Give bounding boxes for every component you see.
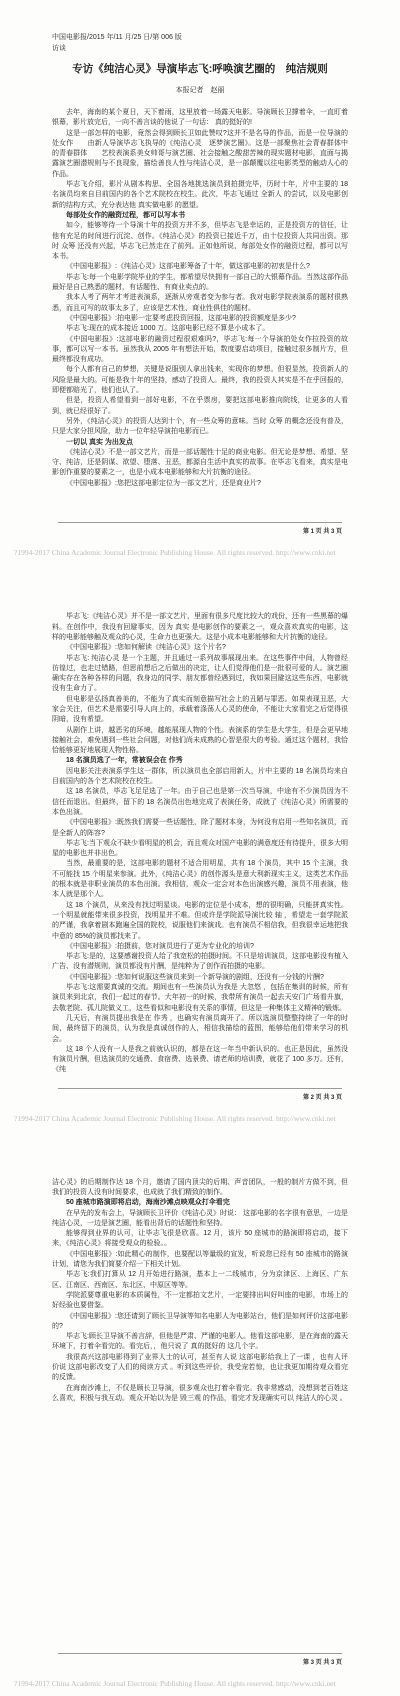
article-paragraph: 在早先的发布会上，导演顾长卫评价《纯洁心灵》时说： 这部电影的名字很有意思，一边… <box>52 1209 348 1230</box>
page-number-label: 第 1 页 共 3 页 <box>58 526 342 535</box>
article-paragraph: 《中国电影报》:您还请到了顾长卫导演等知名电影人为电影站台，他们是如何评价这部电… <box>52 1312 348 1333</box>
page-1-body: 去年，海南的某个夏日，天下着雨，这里放着一场露天电影。导演顾长卫撑着伞，一直盯着… <box>52 108 348 489</box>
article-paragraph: 《中国电影报》:《纯洁心灵》这部电影筹备了十年，做这部电影的初衷是什么? <box>52 262 348 272</box>
article-paragraph: 我很高兴这部电影得到了业界人士的认可，甚至有人说 这部电影给我上了一课 ，也有人… <box>52 1353 348 1384</box>
section-label: 访谈 <box>52 43 348 54</box>
article-paragraph: 去年，海南的某个夏日，天下着雨，这里放着一场露天电影。导演顾长卫撑着伞，一直盯着… <box>52 108 348 129</box>
article-paragraph: 《中国电影报》:拍电影一定要考虑投资回报，这部电影的投资额度是多少? <box>52 314 348 324</box>
page-3: 洁心灵》的后期制作达 18 个月，邀请了国内顶尖的后期、声音团队，一般的制片方做… <box>0 1131 400 1696</box>
article-paragraph: 毕志飞: 纯洁心灵 是一个主题，并且通过一系列故事展现出来。在这些事件中间，人物… <box>52 654 348 695</box>
page-3-footer: 第 3 页 共 3 页 ?1994-2017 China Academic Jo… <box>0 1653 400 1696</box>
page-number-label: 第 2 页 共 3 页 <box>58 1092 342 1101</box>
article-paragraph: 但是，投资人希望看到一部好电影，不在乎票房，要把这部电影推向院线，让更多的人看到… <box>52 396 348 417</box>
section-subheading: 一切以 真实 为出发点 <box>52 438 348 448</box>
article-paragraph: 《中国电影报》:既然我们需要一些话题性，除了题材本身，为何没有启用一些知名演员，… <box>52 818 348 839</box>
article-paragraph: 另外，《纯洁心灵》的投资人达到十个，有一些众筹的意味。当时 众筹 的概念还没有普… <box>52 417 348 438</box>
article-paragraph: 每个人都有自己的梦想，关键是说服别人拿出钱来，实现你的梦想。但很显然，投资新人的… <box>52 365 348 396</box>
article-paragraph: 能够得到业界的认可，让毕志飞很是欣喜。12 月，该片 50 座城市的路演即将启动… <box>52 1229 348 1250</box>
article-paragraph: 毕志飞:每一个电影学院毕业的学生，都希望尽快拥有一部自己的大银幕作品。当然这部作… <box>52 273 348 294</box>
article-paragraph: 毕志飞:这需要真诚的交流。期间也有一些演员认为我是 大忽悠 ，包括在集训的时候，… <box>52 983 348 1014</box>
article-paragraph: 《中国电影报》:如此精心的制作，也要配以等量级的宣发，听说您已经有 50 座城市… <box>52 1250 348 1271</box>
article-paragraph: 《中国电影报》:这部电影的融资过程很艰难吗?，毕志飞:每一个导演拍处女作拉投资的… <box>52 335 348 366</box>
section-subheading: 50 座城市路演即将启动，海南沙滩点映观众打伞看完 <box>52 1198 348 1208</box>
scanned-article-document: 中国电影报/2015 年/11 月/25 日/第 006 版 访谈 专访《纯洁心… <box>0 0 400 1696</box>
footer-divider <box>58 1653 342 1654</box>
article-paragraph: 这 18 名演员，毕志飞足足选了一年。由于自己也是第一次当导演，中途有不少演员因… <box>52 787 348 818</box>
article-paragraph: 毕志飞:顾长卫导演不善言辞，但他是严肃、严谨的电影人。他看这部电影，是在海南的露… <box>52 1332 348 1353</box>
article-paragraph: 这 18 个演员，从来没有找过明星谈。电影的定位是小成本，想的很明确，只能拼真实… <box>52 901 348 942</box>
article-paragraph: 《中国电影报》:您把这部电影定位为一部文艺片，还是商业片? <box>52 479 348 489</box>
article-paragraph: 因电影关注表演系学生这一群体，所以演员也全部启用新人，片中主要的 18 名演员均… <box>52 767 348 788</box>
cnki-watermark: ?1994-2017 China Academic Journal Electr… <box>14 548 392 557</box>
page-1-footer: 第 1 页 共 3 页 ?1994-2017 China Academic Jo… <box>0 522 400 565</box>
section-subheading: 18 名演员选了一年，常被误会在 作秀 <box>52 756 348 766</box>
article-paragraph: 从剧作上讲，越恶劣的环境，越能展现人物的个性。表演系的学生是大学生，但是会更早地… <box>52 726 348 757</box>
article-paragraph: 《中国电影报》:拍摄前，您对演员进行了更为专业化的培训? <box>52 942 348 952</box>
article-paragraph: 但电影是弘扬真善美的，不能为了真实而刻意描写社会上的丑陋与罪恶。如果表现丑恶，大… <box>52 695 348 726</box>
footer-divider <box>58 1088 342 1089</box>
article-paragraph: 当然，最重要的是，这部电影的题材不适合用明星，共有 18 个演员，其中 15 个… <box>52 859 348 900</box>
page-2-footer: 第 2 页 共 3 页 ?1994-2017 China Academic Jo… <box>0 1088 400 1131</box>
masthead: 中国电影报/2015 年/11 月/25 日/第 006 版 访谈 <box>52 0 348 54</box>
article-paragraph: 毕志飞:《纯洁心灵》并不是一部文艺片，里面有很多尺度比较大的戏份，还有一些黑幕的… <box>52 612 348 643</box>
section-subheading: 每部处女作的融资过程，都可以写本书 <box>52 211 348 221</box>
article-paragraph: 如今，能够等待一个导演十年的投资方并不多，但毕志飞是幸运的，正是投资方的信任，让… <box>52 221 348 262</box>
article-paragraph: 毕志飞:是的，这要感谢投资人给了我宽松的拍摄时间。不只是培训演员，这部电影没有植… <box>52 952 348 973</box>
article-paragraph: 学院派要尊重电影的本质属性，不一定都拍文艺片，一定要排出叫好叫座的电影，市场上的… <box>52 1291 348 1312</box>
article-paragraph: 几天后，有演员提出我是在 作秀 ，也确实有演员离开了。所以选演员整整持续了一年的… <box>52 1014 348 1045</box>
article-paragraph: 《中国电影报》:您如何说服这些演员来到一个新导演的剧组，还没有一分钱的片酬? <box>52 973 348 983</box>
article-paragraph: 毕志飞:现在的成本接近 1000 万。这部电影已经不算是小成本了。 <box>52 324 348 334</box>
page-3-body: 洁心灵》的后期制作达 18 个月，邀请了国内顶尖的后期、声音团队，一般的制片方做… <box>52 1131 348 1405</box>
article-paragraph: 在海南沙滩上，不仅是顾长卫导演，很多观众也打着伞看完。我非常感动，没想到老百姓这… <box>52 1384 348 1405</box>
page-1: 中国电影报/2015 年/11 月/25 日/第 006 版 访谈 专访《纯洁心… <box>0 0 400 565</box>
article-paragraph: 这 18 个人没有一人是我之前就认识的，都是在这一年当中新认识的。也正是因此，虽… <box>52 1045 348 1076</box>
article-byline: 本报记者 赵丽 <box>52 86 348 96</box>
article-paragraph: 我本人考了两年才考进表演系，逐渐从旁观者变为参与者。我对电影学院表演系的题材很熟… <box>52 293 348 314</box>
article-paragraph: 毕志飞:当下观众不缺少看明星的机会，而且观众对国产电影的满意度还有待提升，很多大… <box>52 839 348 860</box>
source-line: 中国电影报/2015 年/11 月/25 日/第 006 版 <box>52 32 348 43</box>
cnki-watermark: ?1994-2017 China Academic Journal Electr… <box>14 1679 392 1688</box>
page-2-body: 毕志飞:《纯洁心灵》并不是一部文艺片，里面有很多尺度比较大的戏份，还有一些黑幕的… <box>52 565 348 1075</box>
page-2: 毕志飞:《纯洁心灵》并不是一部文艺片，里面有很多尺度比较大的戏份，还有一些黑幕的… <box>0 565 400 1130</box>
cnki-watermark: ?1994-2017 China Academic Journal Electr… <box>14 1114 392 1123</box>
article-paragraph: 毕志飞介绍，影片从剧本构思、全国各地挑选演员到拍摄完毕，历时十年，片中主要的 1… <box>52 180 348 211</box>
article-paragraph: 洁心灵》的后期制作达 18 个月，邀请了国内顶尖的后期、声音团队，一般的制片方做… <box>52 1178 348 1199</box>
article-paragraph: 毕志飞:我们打算从 12 月开始进行路演，基本上一二线城市，分为京津区、上海区、… <box>52 1270 348 1291</box>
article-paragraph: 《中国电影报》:您如何解读《纯洁心灵》这个片名? <box>52 643 348 653</box>
article-paragraph: 《纯洁心灵》不是一部文艺片，而是一部话题性十足的商业电影。但无论是梦想、希望、坚… <box>52 448 348 479</box>
footer-divider <box>58 522 342 523</box>
article-paragraph: 这是一部怎样的电影，竟然会得到顾长卫如此赞叹?这并不是名导的作品，而是一位导演的… <box>52 129 348 180</box>
article-title: 专访《纯洁心灵》导演毕志飞:呼唤演艺圈的 纯洁规则 <box>52 62 348 76</box>
page-number-label: 第 3 页 共 3 页 <box>58 1657 342 1666</box>
